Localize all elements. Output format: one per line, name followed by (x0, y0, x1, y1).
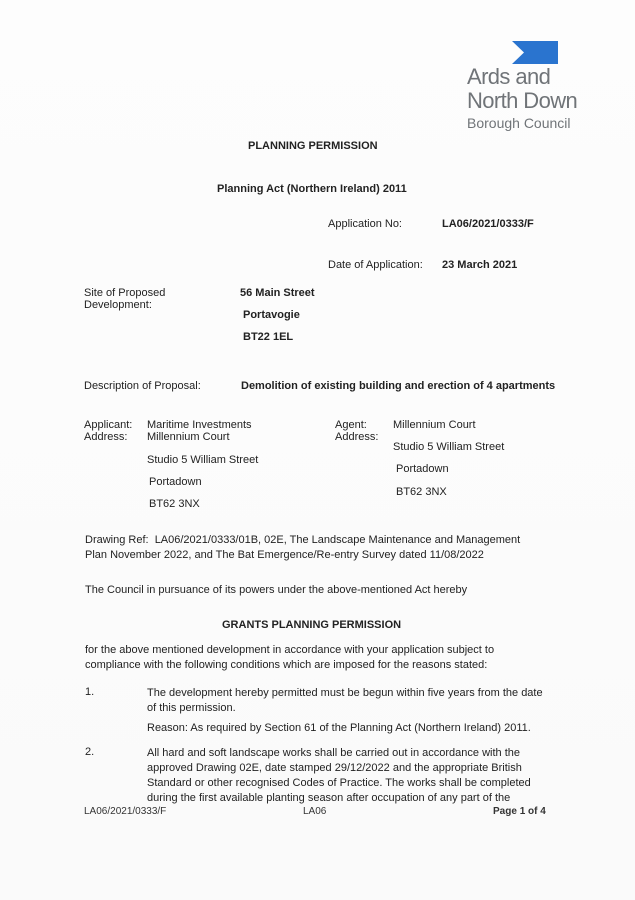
site-label-line-1: Site of Proposed (84, 287, 165, 299)
applicant-address-line: Millennium Court (147, 431, 230, 443)
agent-address-line: Millennium Court (393, 419, 476, 431)
council-logo: Ards and North Down Borough Council (467, 66, 577, 130)
site-address-line: BT22 1EL (243, 331, 293, 343)
page-total: 4 (540, 806, 546, 817)
act-title: Planning Act (Northern Ireland) 2011 (217, 183, 407, 195)
application-no-value: LA06/2021/0333/F (442, 218, 534, 230)
logo-line-3: Borough Council (467, 116, 577, 130)
date-of-application-value: 23 March 2021 (442, 259, 517, 271)
applicant-label-line-2: Address: (84, 431, 132, 443)
intro-paragraph: for the above mentioned development in a… (85, 643, 555, 673)
application-no-label: Application No: (328, 218, 402, 230)
condition-line: All hard and soft landscape works shall … (147, 746, 547, 761)
drawing-reference: Drawing Ref: LA06/2021/0333/01B, 02E, Th… (85, 533, 555, 563)
site-label-line-2: Development: (84, 299, 165, 311)
intro-line-2: compliance with the following conditions… (85, 658, 555, 673)
site-address-line: Portavogie (243, 309, 300, 321)
footer-office: LA06 (303, 806, 326, 817)
condition-number: 2. (85, 746, 94, 758)
logo-line-1: Ards and (467, 66, 577, 88)
condition-number: 1. (85, 686, 94, 698)
condition-line: The development hereby permitted must be… (147, 686, 547, 701)
footer-reference: LA06/2021/0333/F (84, 806, 166, 817)
applicant-label-line-1: Applicant: (84, 419, 132, 431)
site-address-line: 56 Main Street (240, 287, 315, 299)
condition-reason: Reason: As required by Section 61 of the… (147, 721, 547, 736)
logo-line-2: North Down (467, 90, 577, 112)
council-statement: The Council in pursuance of its powers u… (85, 583, 555, 598)
date-of-application-label: Date of Application: (328, 259, 423, 271)
document-page: Ards and North Down Borough Council PLAN… (0, 0, 635, 900)
agent-label-line-1: Agent: (335, 419, 378, 431)
applicant-address-line: Maritime Investments (147, 419, 252, 431)
agent-label: Agent: Address: (335, 419, 378, 443)
applicant-address-line: Portadown (149, 476, 202, 488)
applicant-address-line: Studio 5 William Street (147, 454, 258, 466)
condition-text: All hard and soft landscape works shall … (147, 746, 547, 806)
agent-address-line: BT62 3NX (396, 486, 447, 498)
applicant-label: Applicant: Address: (84, 419, 132, 443)
drawing-reference-line-2: Plan November 2022, and The Bat Emergenc… (85, 548, 555, 563)
site-label: Site of Proposed Development: (84, 287, 165, 311)
document-title: PLANNING PERMISSION (248, 140, 378, 152)
condition-line: of this permission. (147, 701, 547, 716)
condition-text: The development hereby permitted must be… (147, 686, 547, 716)
proposal-label: Description of Proposal: (84, 380, 201, 392)
proposal-value: Demolition of existing building and erec… (241, 380, 555, 392)
condition-line: Standard or other recognised Codes of Pr… (147, 776, 547, 791)
condition-line: during the first available planting seas… (147, 791, 547, 806)
page-mid: of (525, 806, 540, 817)
agent-label-line-2: Address: (335, 431, 378, 443)
condition-line: approved Drawing 02E, date stamped 29/12… (147, 761, 547, 776)
council-logo-flag-icon (512, 41, 558, 64)
page-prefix: Page (493, 806, 520, 817)
agent-address-line: Portadown (396, 463, 449, 475)
footer-page-number: Page 1 of 4 (493, 806, 546, 817)
intro-line-1: for the above mentioned development in a… (85, 643, 555, 658)
grants-heading: GRANTS PLANNING PERMISSION (222, 619, 401, 631)
applicant-address-line: BT62 3NX (149, 498, 200, 510)
agent-address-line: Studio 5 William Street (393, 441, 504, 453)
drawing-reference-line-1: Drawing Ref: LA06/2021/0333/01B, 02E, Th… (85, 533, 555, 548)
